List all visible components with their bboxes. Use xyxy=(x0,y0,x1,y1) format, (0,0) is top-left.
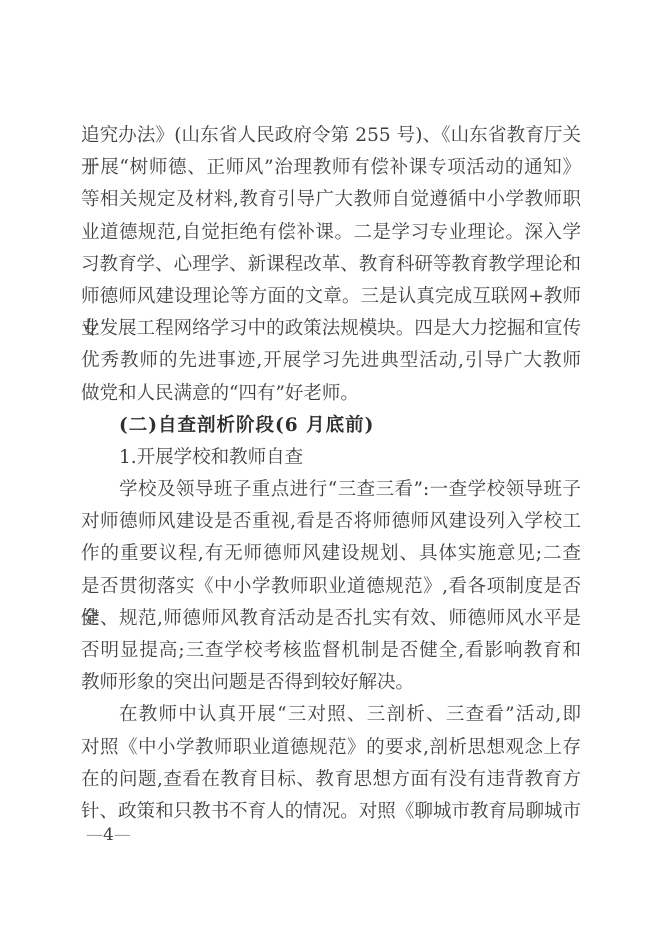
text-line: 是否贯彻落实《中小学教师职业道德规范》,看各项制度是否健 xyxy=(81,571,581,603)
text-line: 对照《中小学教师职业道德规范》的要求,剖析思想观念上存 xyxy=(81,732,581,764)
text-line: 1.开展学校和教师自查 xyxy=(81,442,581,474)
text-line: 在教师中认真开展“三对照、三剖析、三查看”活动,即 xyxy=(81,699,581,731)
text-line: 教师形象的突出问题是否得到较好解决。 xyxy=(81,667,581,699)
text-line: 业道德规范,自觉拒绝有偿补课。二是学习专业理论。深入学 xyxy=(81,217,581,249)
document-page: 追究办法》(山东省人民政府令第 255 号)、《山东省教育厅关于开展“树师德、正… xyxy=(0,0,662,936)
text-line: 追究办法》(山东省人民政府令第 255 号)、《山东省教育厅关于 xyxy=(81,120,581,152)
text-line: 在的问题,查看在教育目标、教育思想方面有没有违背教育方 xyxy=(81,764,581,796)
text-line: 习教育学、心理学、新课程改革、教育科研等教育教学理论和 xyxy=(81,249,581,281)
text-line: 师德师风建设理论等方面的文章。三是认真完成互联网+教师专 xyxy=(81,281,581,313)
text-line: 优秀教师的先进事迹,开展学习先进典型活动,引导广大教师 xyxy=(81,345,581,377)
text-line: 作的重要议程,有无师德师风建设规划、具体实施意见;二查 xyxy=(81,538,581,570)
text-line: 对师德师风建设是否重视,看是否将师德师风建设列入学校工 xyxy=(81,506,581,538)
text-line: 业发展工程网络学习中的政策法规模块。四是大力挖掘和宣传 xyxy=(81,313,581,345)
text-line: 等相关规定及材料,教育引导广大教师自觉遵循中小学教师职 xyxy=(81,184,581,216)
page-number-value: 4 xyxy=(103,825,114,845)
page-number-dash-left: — xyxy=(86,825,103,845)
text-line: 全、规范,师德师风教育活动是否扎实有效、师德师风水平是 xyxy=(81,603,581,635)
text-line: 否明显提高;三查学校考核监督机制是否健全,看影响教育和 xyxy=(81,635,581,667)
text-line: 学校及领导班子重点进行“三查三看”:一查学校领导班子 xyxy=(81,474,581,506)
page-number-dash-right: — xyxy=(114,825,131,845)
page-number: —4— xyxy=(86,824,131,846)
text-line: 针、政策和只教书不育人的情况。对照《聊城市教育局聊城市 xyxy=(81,796,581,828)
text-line: (二)自查剖析阶段(6 月底前) xyxy=(81,410,581,442)
text-line: 开展“树师德、正师风”治理教师有偿补课专项活动的通知》 xyxy=(81,152,581,184)
document-body: 追究办法》(山东省人民政府令第 255 号)、《山东省教育厅关于开展“树师德、正… xyxy=(81,120,581,828)
text-line: 做党和人民满意的“四有”好老师。 xyxy=(81,378,581,410)
